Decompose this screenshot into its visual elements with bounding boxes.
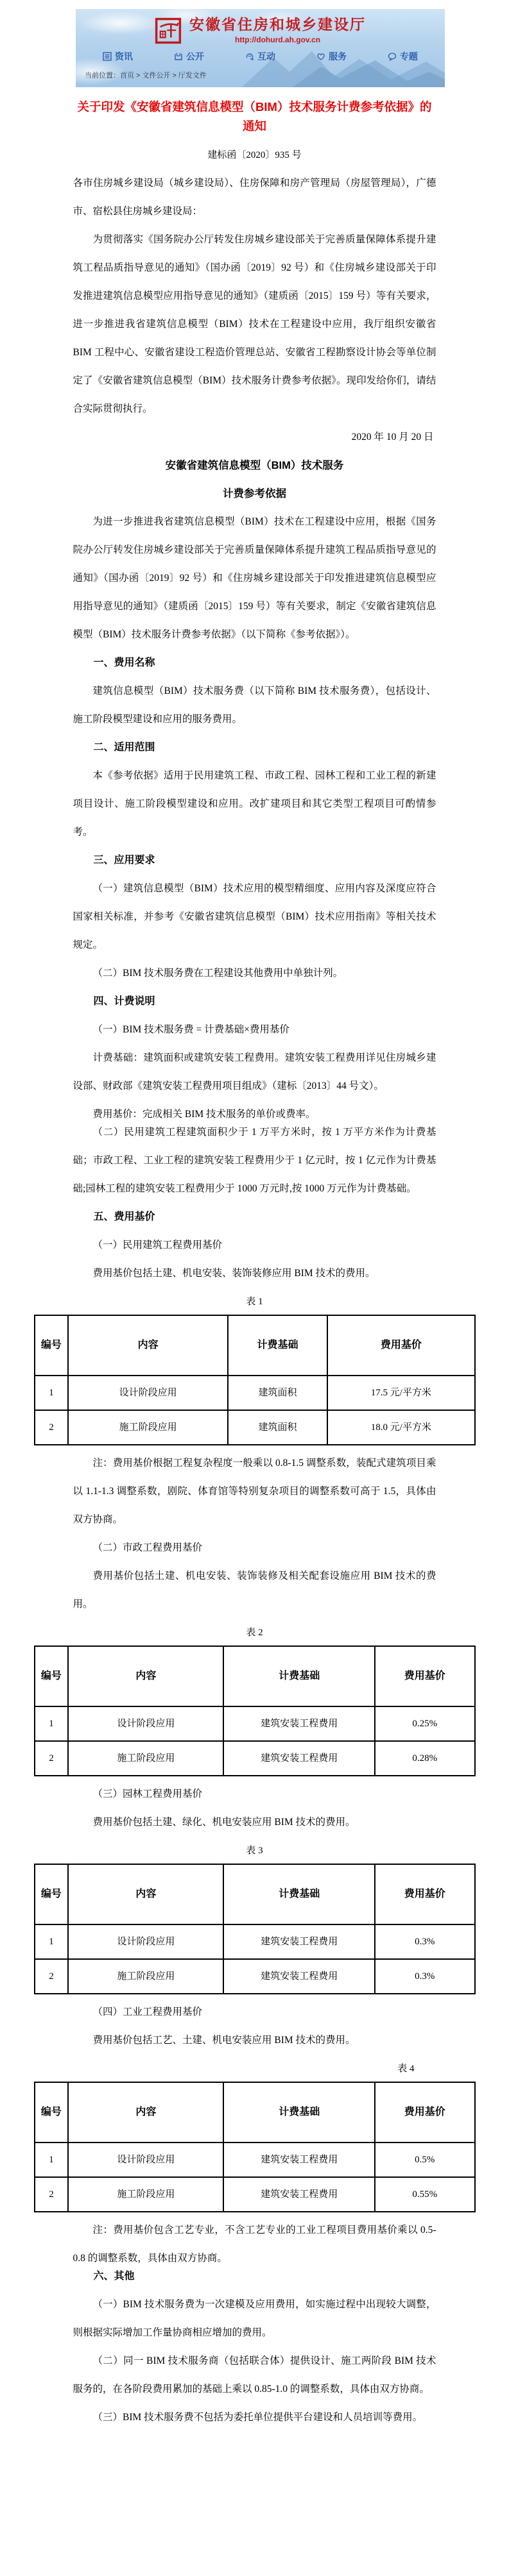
cell-basis: 建筑安装工程费用 — [223, 1741, 375, 1776]
cell-price: 0.28% — [375, 1741, 475, 1776]
col-header-basis: 计费基础 — [223, 2082, 375, 2142]
cell-number: 1 — [35, 1376, 69, 1410]
breadcrumb-home[interactable]: 首页 — [120, 72, 134, 80]
cell-basis: 建筑面积 — [228, 1376, 327, 1410]
cell-content: 施工阶段应用 — [68, 2177, 223, 2212]
cell-price: 0.3% — [375, 1959, 475, 1994]
breadcrumb-label: 当前位置： — [85, 72, 120, 80]
table-2-caption: 表 2 — [34, 1620, 476, 1646]
col-header-basis: 计费基础 — [228, 1315, 327, 1376]
table-header-row: 编号 内容 计费基础 费用基价 — [35, 1315, 475, 1376]
col-header-basis: 计费基础 — [223, 1646, 375, 1706]
breadcrumb: 当前位置：首页>文件公开>厅发文件 — [85, 70, 445, 80]
col-header-number: 编号 — [35, 1864, 69, 1924]
garden-subsection-title: （三）园林工程费用基价 — [73, 1780, 436, 1808]
section-1-title: 一、费用名称 — [73, 649, 436, 677]
section-4-title: 四、计费说明 — [73, 988, 436, 1016]
section-5-title: 五、费用基价 — [73, 1203, 436, 1231]
cell-price: 0.3% — [375, 1924, 475, 1959]
table-row: 1 设计阶段应用 建筑安装工程费用 0.5% — [35, 2142, 475, 2177]
section-4-paragraph-4: （二）民用建筑工程建筑面积少于 1 万平方米时，按 1 万平方米作为计费基础；市… — [73, 1118, 436, 1203]
cell-content: 设计阶段应用 — [68, 1376, 227, 1410]
disclosure-doc-icon — [174, 52, 183, 61]
cell-number: 2 — [35, 2177, 69, 2212]
breadcrumb-disclosure[interactable]: 文件公开 — [142, 72, 170, 80]
cell-basis: 建筑安装工程费用 — [223, 1924, 375, 1959]
document-body-2: 注：费用基价根据工程复杂程度一般乘以 0.8-1.5 调整系数，装配式建筑项目乘… — [73, 1449, 436, 1619]
industrial-subsection-title: （四）工业工程费用基价 — [73, 1998, 436, 2026]
col-header-price: 费用基价 — [375, 2082, 475, 2142]
nav-item-disclosure[interactable]: 公开 — [174, 50, 204, 63]
table-4-block: 表 4 编号 内容 计费基础 费用基价 1 设计阶段应用 建筑安装工程费用 0.… — [34, 2056, 476, 2212]
document-body: 各市住房城乡建设局（城乡建设局）、住房保障和房产管理局（房屋管理局），广德市、宿… — [73, 169, 436, 1288]
attachment-title-line2: 计费参考依据 — [73, 480, 436, 508]
table-row: 2 施工阶段应用 建筑面积 18.0 元/平方米 — [35, 1410, 475, 1445]
news-list-icon — [103, 52, 112, 61]
col-header-price: 费用基价 — [327, 1315, 474, 1376]
intro-paragraph: 为贯彻落实《国务院办公厅转发住房城乡建设部关于完善质量保障体系提升建筑工程品质指… — [73, 226, 436, 423]
notice-title: 关于印发《安徽省建筑信息模型（BIM）技术服务计费参考依据》的通知 — [73, 97, 436, 136]
col-header-content: 内容 — [68, 1646, 223, 1706]
table-row: 1 设计阶段应用 建筑安装工程费用 0.3% — [35, 1924, 475, 1959]
cell-basis: 建筑安装工程费用 — [223, 1706, 375, 1741]
col-header-number: 编号 — [35, 2082, 69, 2142]
nav-item-interaction[interactable]: 互动 — [245, 50, 275, 63]
col-header-price: 费用基价 — [375, 1646, 475, 1706]
topic-bubble-icon — [388, 52, 397, 61]
section-4-paragraph-2: 计费基础：建筑面积或建筑安装工程费用。建筑安装工程费用详见住房城乡建设部、财政部… — [73, 1044, 436, 1100]
main-nav: 资讯 公开 互动 服务 — [76, 50, 445, 63]
salutation: 各市住房城乡建设局（城乡建设局）、住房保障和房产管理局（房屋管理局），广德市、宿… — [73, 169, 436, 226]
col-header-price: 费用基价 — [375, 1864, 475, 1924]
nav-label: 专题 — [400, 50, 418, 63]
table-row: 2 施工阶段应用 建筑安装工程费用 0.55% — [35, 2177, 475, 2212]
section-6-paragraph-3: （三）BIM 技术服务费不包括为委托单位提供平台建设和人员培训等费用。 — [73, 2403, 436, 2432]
cell-number: 2 — [35, 1959, 69, 1994]
table-row: 2 施工阶段应用 建筑安装工程费用 0.28% — [35, 1741, 475, 1776]
civil-note: 注：费用基价根据工程复杂程度一般乘以 0.8-1.5 调整系数，装配式建筑项目乘… — [73, 1449, 436, 1534]
cell-basis: 建筑安装工程费用 — [223, 2177, 375, 2212]
col-header-content: 内容 — [68, 1864, 223, 1924]
cell-basis: 建筑面积 — [228, 1410, 327, 1445]
cell-number: 1 — [35, 1924, 69, 1959]
site-name: 安徽省住房和城乡建设厅 — [189, 17, 366, 33]
section-2-paragraph: 本《参考依据》适用于民用建筑工程、市政工程、园林工程和工业工程的新建项目设计、施… — [73, 762, 436, 846]
site-logo-link[interactable]: 安徽省住房和城乡建设厅 http://dohurd.ah.gov.cn — [76, 9, 445, 44]
table-row: 1 设计阶段应用 建筑安装工程费用 0.25% — [35, 1706, 475, 1741]
document-body-5: 注：费用基价包含工艺专业，不含工艺专业的工业工程项目费用基价乘以 0.5-0.8… — [73, 2216, 436, 2457]
interaction-chat-icon — [245, 52, 254, 61]
nav-label: 资讯 — [115, 50, 133, 63]
service-heart-icon — [316, 52, 325, 61]
col-header-content: 内容 — [68, 1315, 227, 1376]
table-3-block: 表 3 编号 内容 计费基础 费用基价 1 设计阶段应用 建筑安装工程费用 0.… — [34, 1838, 476, 1994]
preamble: 为进一步推进我省建筑信息模型（BIM）技术在工程建设中应用，根据《国务院办公厅转… — [73, 508, 436, 649]
col-header-basis: 计费基础 — [223, 1864, 375, 1924]
table-3-caption: 表 3 — [34, 1838, 476, 1864]
fee-table-industrial: 编号 内容 计费基础 费用基价 1 设计阶段应用 建筑安装工程费用 0.5% 2… — [34, 2082, 476, 2212]
cell-price: 17.5 元/平方米 — [327, 1376, 474, 1410]
table-1-block: 表 1 编号 内容 计费基础 费用基价 1 设计阶段应用 建筑面积 17.5 元… — [34, 1289, 476, 1445]
table-row: 1 设计阶段应用 建筑面积 17.5 元/平方米 — [35, 1376, 475, 1410]
table-header-row: 编号 内容 计费基础 费用基价 — [35, 1864, 475, 1924]
breadcrumb-separator: > — [136, 72, 140, 80]
section-2-title: 二、适用范围 — [73, 734, 436, 762]
breadcrumb-current[interactable]: 厅发文件 — [178, 72, 207, 80]
fee-table-municipal: 编号 内容 计费基础 费用基价 1 设计阶段应用 建筑安装工程费用 0.25% … — [34, 1646, 476, 1776]
document-body-4: （四）工业工程费用基价 费用基价包括工艺、土建、机电安装应用 BIM 技术的费用… — [73, 1998, 436, 2055]
fee-table-garden: 编号 内容 计费基础 费用基价 1 设计阶段应用 建筑安装工程费用 0.3% 2… — [34, 1864, 476, 1994]
section-1-paragraph: 建筑信息模型（BIM）技术服务费（以下简称 BIM 技术服务费），包括设计、施工… — [73, 677, 436, 734]
cell-content: 设计阶段应用 — [68, 1924, 223, 1959]
municipal-subsection-title: （二）市政工程费用基价 — [73, 1534, 436, 1562]
site-seal-icon — [155, 17, 182, 44]
site-url: http://dohurd.ah.gov.cn — [235, 35, 320, 44]
cell-content: 施工阶段应用 — [68, 1959, 223, 1994]
cell-content: 施工阶段应用 — [68, 1410, 227, 1445]
cell-number: 2 — [35, 1410, 69, 1445]
nav-label: 服务 — [329, 50, 347, 63]
col-header-number: 编号 — [35, 1646, 69, 1706]
industrial-subsection-desc: 费用基价包括工艺、土建、机电安装应用 BIM 技术的费用。 — [73, 2026, 436, 2055]
col-header-number: 编号 — [35, 1315, 69, 1376]
section-4-paragraph-1: （一）BIM 技术服务费 = 计费基础×费用基价 — [73, 1016, 436, 1044]
section-6-paragraph-1: （一）BIM 技术服务费为一次建模及应用费用，如实施过程中出现较大调整，则根据实… — [73, 2291, 436, 2347]
cell-price: 0.25% — [375, 1706, 475, 1741]
cell-price: 0.55% — [375, 2177, 475, 2212]
municipal-subsection-desc: 费用基价包括土建、机电安装、装饰装修及相关配套设施应用 BIM 技术的费用。 — [73, 1562, 436, 1619]
cell-price: 18.0 元/平方米 — [327, 1410, 474, 1445]
section-3-paragraph-2: （二）BIM 技术服务费在工程建设其他费用中单独计列。 — [73, 959, 436, 988]
nav-label: 互动 — [257, 50, 275, 63]
nav-item-news[interactable]: 资讯 — [103, 50, 133, 63]
table-header-row: 编号 内容 计费基础 费用基价 — [35, 1646, 475, 1706]
page: 安徽省住房和城乡建设厅 http://dohurd.ah.gov.cn 资讯 公… — [0, 9, 509, 2576]
document-body-3: （三）园林工程费用基价 费用基价包括土建、绿化、机电安装应用 BIM 技术的费用… — [73, 1780, 436, 1837]
civil-subsection-desc: 费用基价包括土建、机电安装、装饰装修应用 BIM 技术的费用。 — [73, 1259, 436, 1288]
cell-price: 0.5% — [375, 2142, 475, 2177]
issue-date: 2020 年 10 月 20 日 — [73, 423, 436, 451]
section-6-title: 六、其他 — [73, 2262, 436, 2291]
site-banner: 安徽省住房和城乡建设厅 http://dohurd.ah.gov.cn 资讯 公… — [76, 9, 445, 87]
nav-label: 公开 — [186, 50, 204, 63]
section-6-paragraph-2: （二）同一 BIM 技术服务商（包括联合体）提供设计、施工两阶段 BIM 技术服… — [73, 2347, 436, 2403]
cell-content: 施工阶段应用 — [68, 1741, 223, 1776]
table-2-block: 表 2 编号 内容 计费基础 费用基价 1 设计阶段应用 建筑安装工程费用 0.… — [34, 1620, 476, 1776]
cell-number: 1 — [35, 2142, 69, 2177]
cell-number: 1 — [35, 1706, 69, 1741]
breadcrumb-separator: > — [172, 72, 176, 80]
doc-number: 建标函〔2020〕935 号 — [0, 141, 509, 169]
table-header-row: 编号 内容 计费基础 费用基价 — [35, 2082, 475, 2142]
table-row: 2 施工阶段应用 建筑安装工程费用 0.3% — [35, 1959, 475, 1994]
section-3-paragraph-1: （一）建筑信息模型（BIM）技术应用的模型精细度、应用内容及深度应符合国家相关标… — [73, 875, 436, 959]
cell-basis: 建筑安装工程费用 — [223, 2142, 375, 2177]
col-header-content: 内容 — [68, 2082, 223, 2142]
civil-subsection-title: （一）民用建筑工程费用基价 — [73, 1231, 436, 1259]
nav-item-service[interactable]: 服务 — [316, 50, 347, 63]
cell-content: 设计阶段应用 — [68, 1706, 223, 1741]
table-1-caption: 表 1 — [34, 1289, 476, 1315]
cell-number: 2 — [35, 1741, 69, 1776]
attachment-title-line1: 安徽省建筑信息模型（BIM）技术服务 — [73, 451, 436, 480]
fee-table-civil: 编号 内容 计费基础 费用基价 1 设计阶段应用 建筑面积 17.5 元/平方米… — [34, 1315, 476, 1445]
nav-item-topics[interactable]: 专题 — [388, 50, 418, 63]
cell-basis: 建筑安装工程费用 — [223, 1959, 375, 1994]
cell-content: 设计阶段应用 — [68, 2142, 223, 2177]
garden-subsection-desc: 费用基价包括土建、绿化、机电安装应用 BIM 技术的费用。 — [73, 1808, 436, 1837]
section-3-title: 三、应用要求 — [73, 846, 436, 875]
table-4-caption: 表 4 — [34, 2056, 476, 2082]
